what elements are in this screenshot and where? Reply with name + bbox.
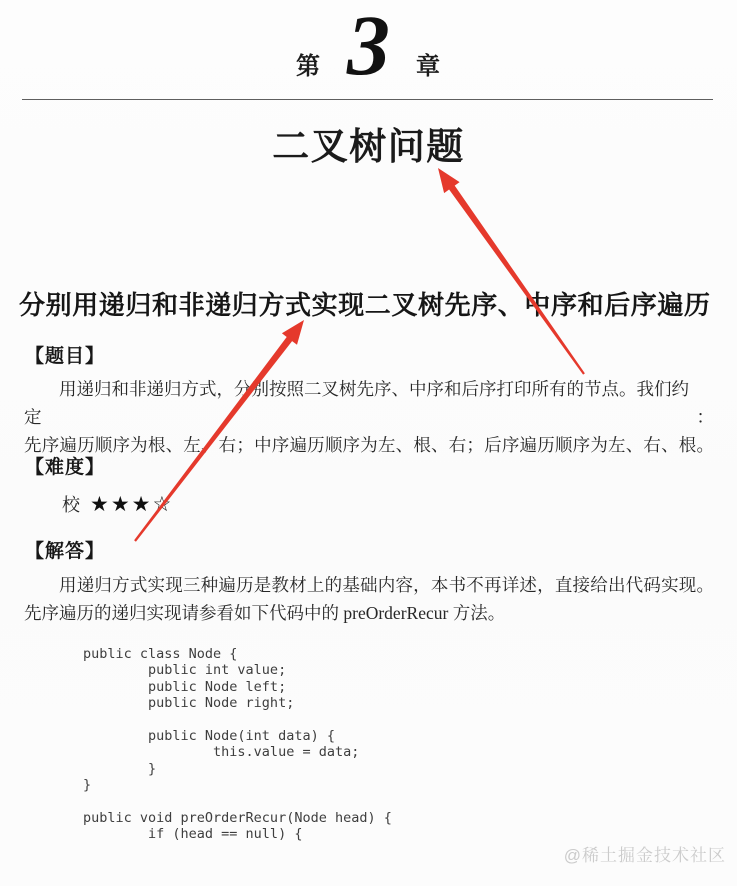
horizontal-rule: [22, 99, 713, 100]
solution-label: 【解答】: [25, 536, 105, 563]
chapter-prefix: 第: [296, 46, 321, 81]
solution-text: 用递归方式实现三种遍历是教材上的基础内容，本书不再详述，直接给出代码实现。先序遍…: [24, 571, 714, 627]
chapter-title: 二叉树问题: [0, 116, 737, 170]
difficulty-rating: 校 ★★★☆: [62, 491, 173, 517]
text-line: 先序遍历的递归实现请参看如下代码中的 preOrderRecur 方法。: [24, 599, 714, 627]
problem-text: 用递归和非递归方式，分别按照二叉树先序、中序和后序打印所有的节点。我们约定：先序…: [24, 375, 714, 459]
text-line: 用递归方式实现三种遍历是教材上的基础内容，本书不再详述，直接给出代码实现。: [24, 571, 714, 599]
difficulty-label: 【难度】: [25, 452, 105, 479]
chapter-suffix: 章: [416, 46, 441, 81]
chapter-number: 3: [347, 2, 390, 88]
code-block: public class Node { public int value; pu…: [83, 646, 392, 843]
section-heading: 分别用递归和非递归方式实现二叉树先序、中序和后序遍历: [19, 285, 726, 322]
watermark: @稀土掘金技术社区: [564, 841, 726, 866]
star-rating: ★★★☆: [90, 494, 173, 515]
annotation-arrow-to-title: [438, 168, 585, 375]
problem-label: 【题目】: [25, 341, 105, 368]
difficulty-rank: 校: [62, 491, 80, 517]
book-page-scan: 第 3 章 二叉树问题 分别用递归和非递归方式实现二叉树先序、中序和后序遍历 【…: [0, 0, 737, 886]
chapter-header: 第 3 章: [0, 2, 737, 88]
text-line: 先序遍历顺序为根、左、右；中序遍历顺序为左、根、右；后序遍历顺序为左、右、根。: [24, 431, 714, 459]
text-line: 用递归和非递归方式，分别按照二叉树先序、中序和后序打印所有的节点。我们约定：: [24, 375, 714, 431]
